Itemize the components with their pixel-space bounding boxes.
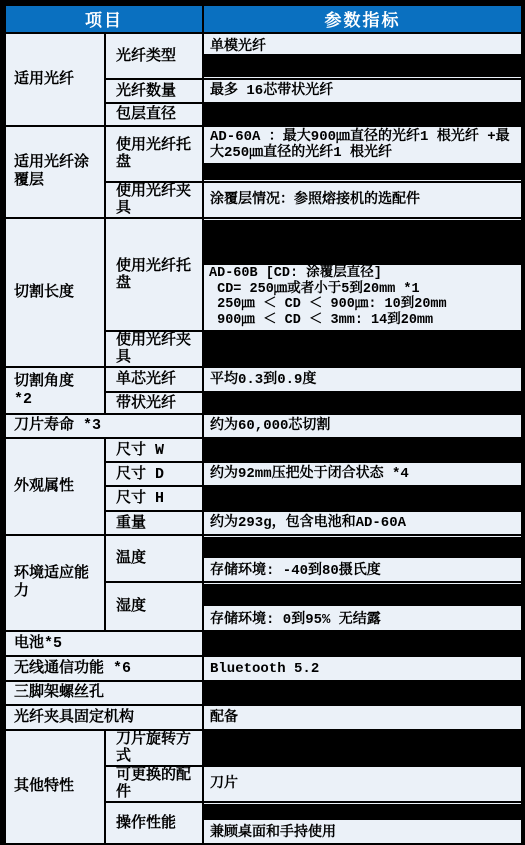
redacted-block (204, 220, 521, 265)
value-text: AD-60A ：最大900㎛直径的光纤1 根光纤 +最大250㎛直径的光纤1 根… (204, 128, 521, 163)
group-label: 三脚架螺丝孔 (5, 681, 203, 705)
row-label: 操作性能 (105, 802, 203, 844)
redacted-block (204, 584, 521, 606)
row-label: 尺寸 H (105, 486, 203, 511)
table-row: 适用光纤涂覆层 使用光纤托盘 AD-60A ：最大900㎛直径的光纤1 根光纤 … (5, 126, 522, 182)
value-cell: AD-60B [CD: 涂覆层直径] CD= 250㎛或者小于5到20mm *1… (203, 218, 522, 331)
group-label: 刀片寿命 *3 (5, 414, 203, 438)
redacted-cell (203, 486, 522, 511)
table-header-row: 项目 参数指标 (5, 5, 522, 33)
row-label: 单芯光纤 (105, 367, 203, 392)
redacted-block (204, 537, 521, 558)
table-row: 三脚架螺丝孔 (5, 681, 522, 705)
value-cell: 最多 16芯带状光纤 (203, 79, 522, 103)
group-label: 其他特性 (5, 730, 105, 844)
redacted-cell (203, 681, 522, 705)
group-label: 适用光纤 (5, 33, 105, 126)
table-row: 光纤夹具固定机构 配备 (5, 705, 522, 730)
table-row: 电池*5 (5, 631, 522, 656)
value-split: AD-60A ：最大900㎛直径的光纤1 根光纤 +最大250㎛直径的光纤1 根… (204, 128, 521, 180)
value-cell: 约为293g，包含电池和AD-60A (203, 511, 522, 535)
table-row: 切割长度 使用光纤托盘 AD-60B [CD: 涂覆层直径] CD= 250㎛或… (5, 218, 522, 331)
value-line: AD-60B [CD: 涂覆层直径] (209, 266, 521, 282)
value-cell: AD-60A ：最大900㎛直径的光纤1 根光纤 +最大250㎛直径的光纤1 根… (203, 126, 522, 182)
value-text: AD-60B [CD: 涂覆层直径] CD= 250㎛或者小于5到20mm *1… (204, 265, 521, 329)
row-label: 尺寸 W (105, 438, 203, 462)
group-label: 切割长度 (5, 218, 105, 367)
group-label: 外观属性 (5, 438, 105, 535)
value-line: 900㎛ ＜ CD ＜ 3mm: 14到20mm (209, 313, 521, 329)
value-cell: 存储环境: -40到80摄氏度 (203, 535, 522, 582)
value-cell: 平均0.3到0.9度 (203, 367, 522, 392)
value-split: 兼顾桌面和手持使用 (204, 804, 521, 842)
row-label: 使用光纤夹具 (105, 182, 203, 218)
row-label: 重量 (105, 511, 203, 535)
redacted-block (204, 163, 521, 180)
row-label: 光纤数量 (105, 79, 203, 103)
value-cell: 单模光纤 (203, 33, 522, 79)
row-label: 使用光纤夹具 (105, 331, 203, 367)
row-label: 使用光纤托盘 (105, 218, 203, 331)
redacted-cell (203, 438, 522, 462)
column-header-value: 参数指标 (203, 5, 522, 33)
value-split: AD-60B [CD: 涂覆层直径] CD= 250㎛或者小于5到20mm *1… (204, 220, 521, 329)
table-row: 适用光纤 光纤类型 单模光纤 (5, 33, 522, 79)
table-row: 切割角度 *2 单芯光纤 平均0.3到0.9度 (5, 367, 522, 392)
redacted-cell (203, 730, 522, 766)
value-split: 存储环境: -40到80摄氏度 (204, 537, 521, 580)
table-row: 环境适应能力 温度 存储环境: -40到80摄氏度 (5, 535, 522, 582)
row-label: 使用光纤托盘 (105, 126, 203, 182)
table-row: 刀片寿命 *3 约为60,000芯切割 (5, 414, 522, 438)
value-cell: 兼顾桌面和手持使用 (203, 802, 522, 844)
group-label: 适用光纤涂覆层 (5, 126, 105, 218)
row-label: 湿度 (105, 582, 203, 631)
value-cell: 存储环境: 0到95% 无结露 (203, 582, 522, 631)
table-row: 其他特性 刀片旋转方式 (5, 730, 522, 766)
redacted-cell (203, 392, 522, 414)
table-row: 无线通信功能 *6 Bluetooth 5.2 (5, 656, 522, 681)
column-header-item: 项目 (5, 5, 203, 33)
value-cell: 约为92mm压把处于闭合状态 *4 (203, 462, 522, 486)
spec-table: 项目 参数指标 适用光纤 光纤类型 单模光纤 光纤数量 最多 16芯带状光纤 包… (4, 4, 523, 845)
group-label: 电池*5 (5, 631, 203, 656)
row-label: 包层直径 (105, 103, 203, 126)
row-label: 可更换的配件 (105, 766, 203, 802)
value-line: CD= 250㎛或者小于5到20mm *1 (209, 282, 521, 298)
value-cell: 刀片 (203, 766, 522, 802)
row-label: 尺寸 D (105, 462, 203, 486)
redacted-cell (203, 331, 522, 367)
row-label: 带状光纤 (105, 392, 203, 414)
group-label: 环境适应能力 (5, 535, 105, 631)
group-label: 无线通信功能 *6 (5, 656, 203, 681)
redacted-block (204, 804, 521, 820)
value-cell: 约为60,000芯切割 (203, 414, 522, 438)
value-line: 250㎛ ＜ CD ＜ 900㎛: 10到20mm (209, 297, 521, 313)
value-cell: 配备 (203, 705, 522, 730)
redacted-cell (203, 631, 522, 656)
value-text: 存储环境: 0到95% 无结露 (204, 606, 521, 629)
spec-table-frame: 项目 参数指标 适用光纤 光纤类型 单模光纤 光纤数量 最多 16芯带状光纤 包… (0, 0, 525, 795)
value-text: 单模光纤 (204, 35, 521, 54)
table-row: 外观属性 尺寸 W (5, 438, 522, 462)
redacted-cell (203, 103, 522, 126)
row-label: 光纤类型 (105, 33, 203, 79)
value-cell: 涂覆层情况：参照熔接机的选配件 (203, 182, 522, 218)
redacted-block (204, 54, 521, 77)
row-label: 温度 (105, 535, 203, 582)
row-label: 刀片旋转方式 (105, 730, 203, 766)
value-text: 兼顾桌面和手持使用 (204, 820, 521, 842)
value-split: 存储环境: 0到95% 无结露 (204, 584, 521, 629)
group-label: 切割角度 *2 (5, 367, 105, 414)
group-label: 光纤夹具固定机构 (5, 705, 203, 730)
value-text: 存储环境: -40到80摄氏度 (204, 558, 521, 580)
value-split: 单模光纤 (204, 35, 521, 77)
value-cell: Bluetooth 5.2 (203, 656, 522, 681)
